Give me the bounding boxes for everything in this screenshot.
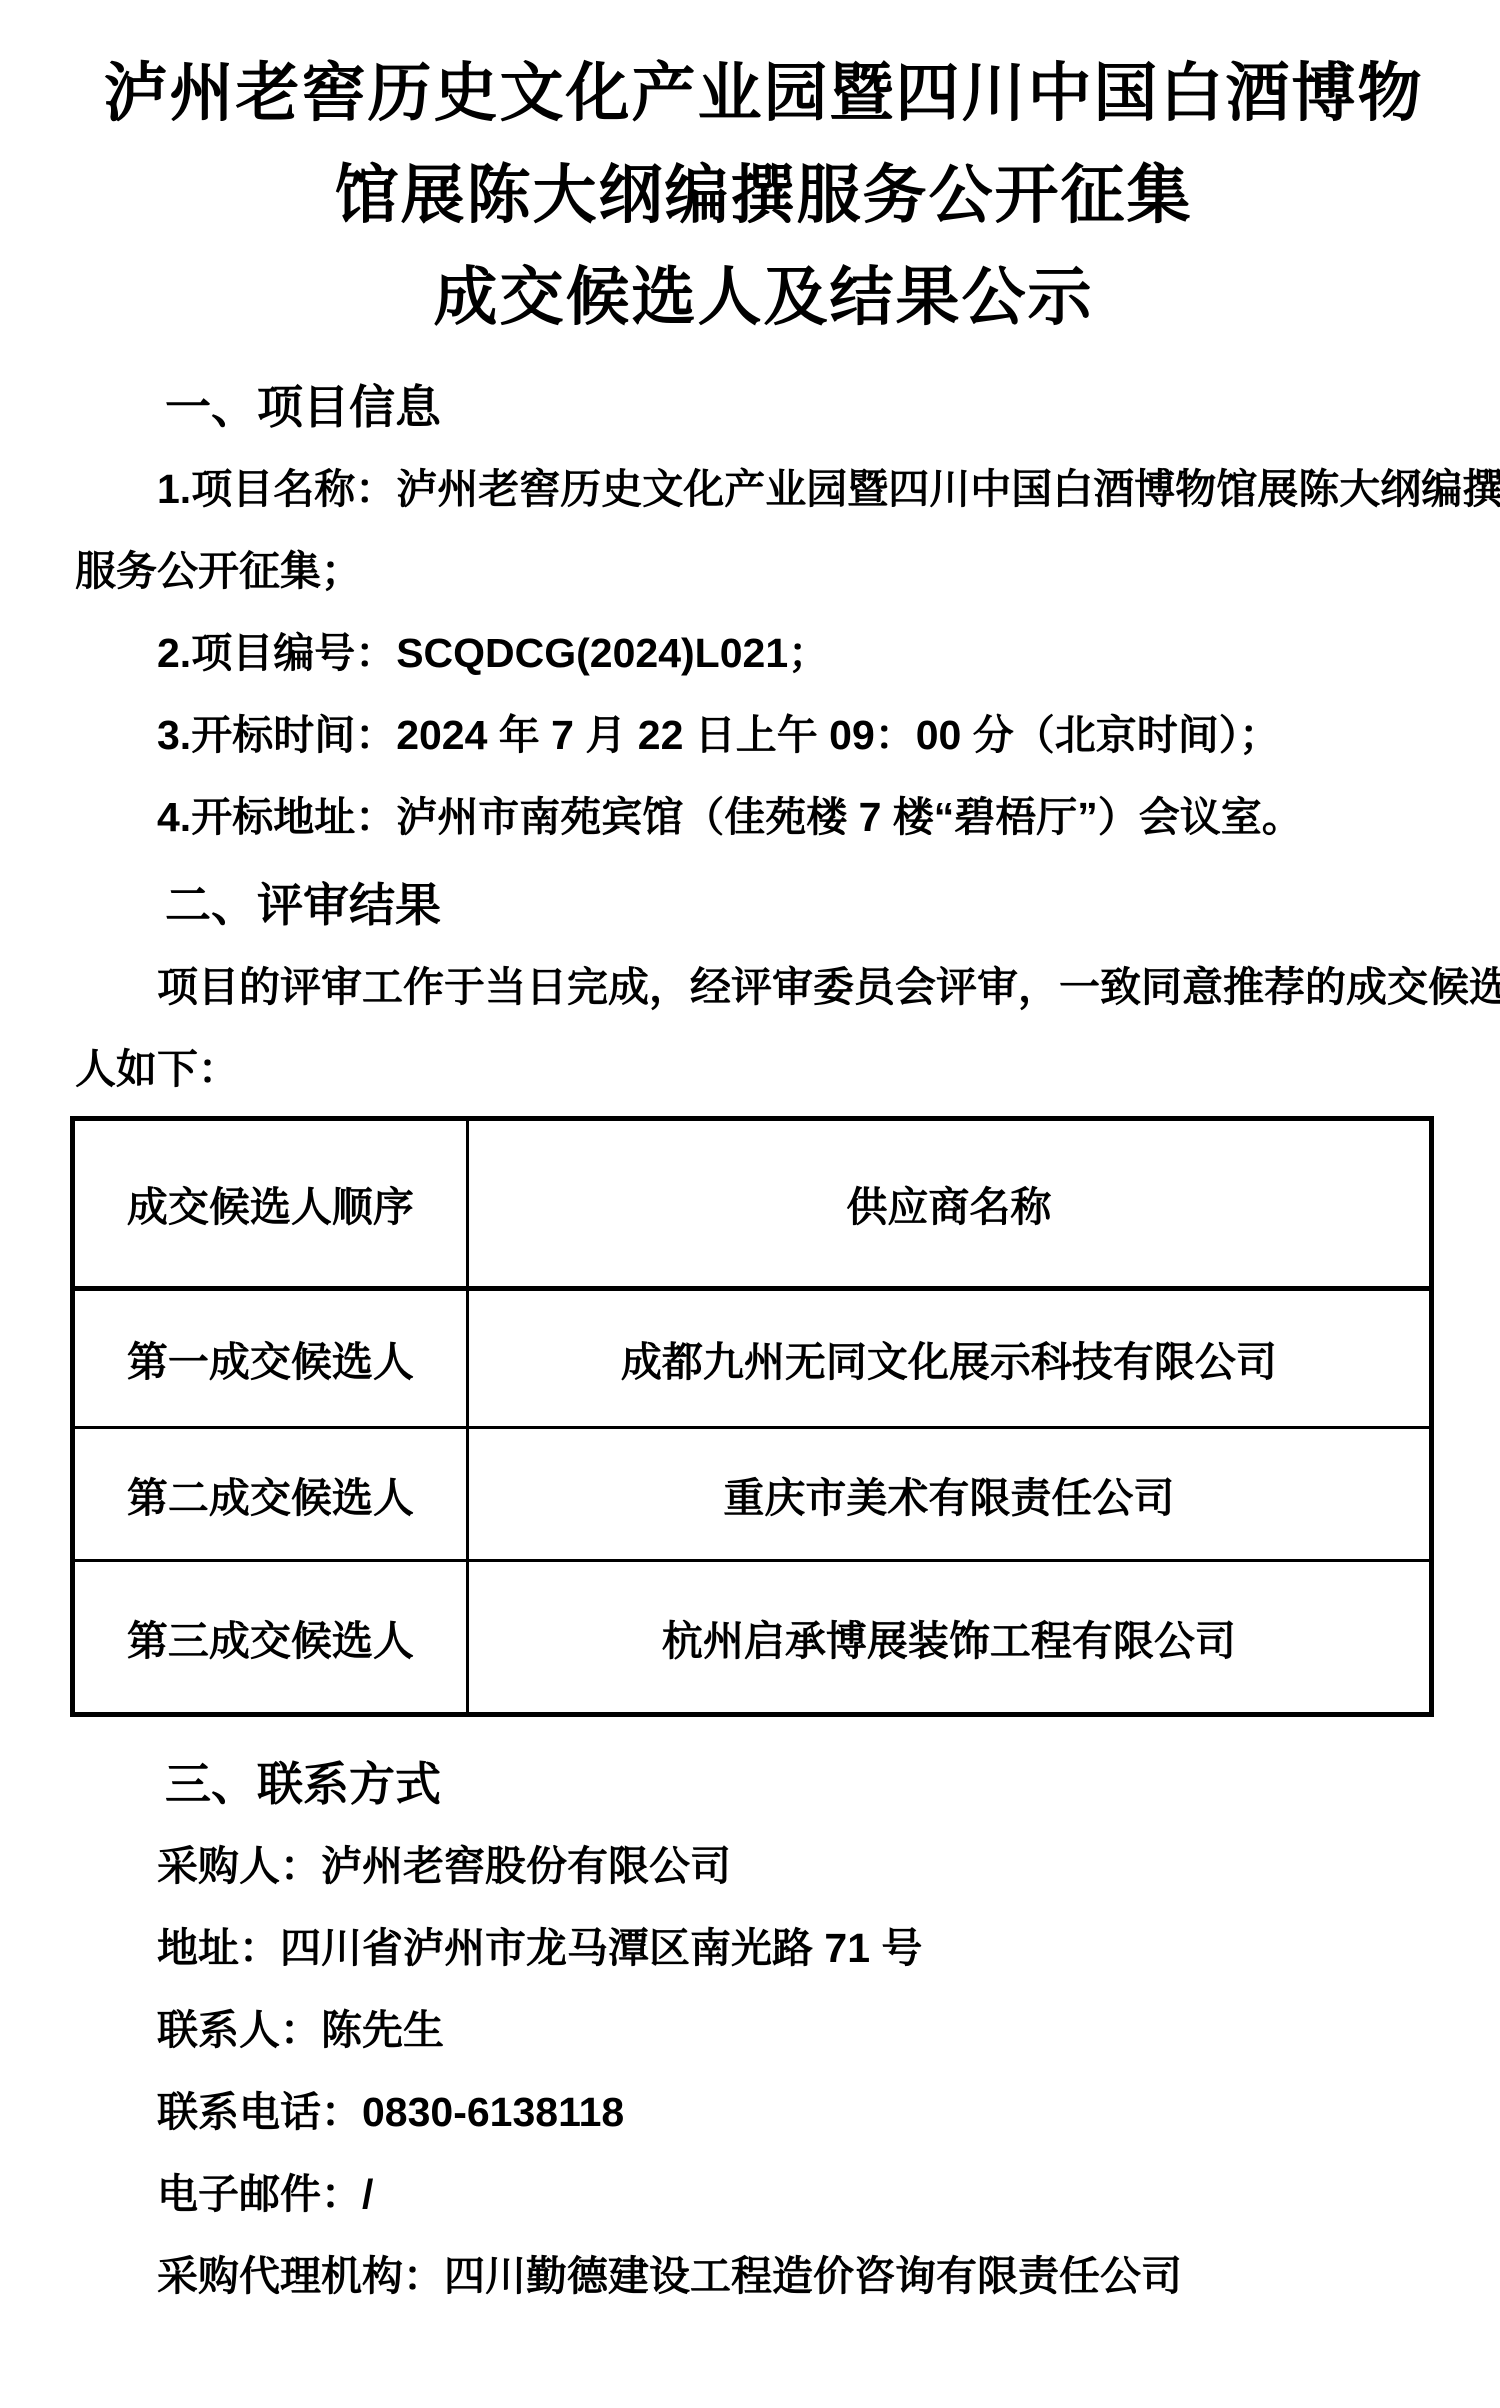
candidate-rank-cell: 第三成交候选人 [73, 1561, 468, 1715]
review-paragraph-line-1: 项目的评审工作于当日完成，经评审委员会评审，一致同意推荐的成交候选 [75, 946, 1452, 1028]
document-title: 泸州老窖历史文化产业园暨四川中国白酒博物 馆展陈大纲编撰服务公开征集 成交候选人… [75, 42, 1452, 348]
candidates-table-header-row: 成交候选人顺序 供应商名称 [73, 1119, 1432, 1289]
section-3-heading: 三、联系方式 [75, 1743, 1452, 1825]
table-header-candidate-order: 成交候选人顺序 [73, 1119, 468, 1289]
project-name-line-2: 服务公开征集； [75, 530, 1452, 612]
announcement-page: 泸州老窖历史文化产业园暨四川中国白酒博物 馆展陈大纲编撰服务公开征集 成交候选人… [0, 0, 1500, 2408]
review-paragraph-line-2: 人如下： [75, 1028, 1452, 1110]
contact-phone-line: 联系电话：0830-6138118 [75, 2071, 1452, 2153]
bid-opening-address-line: 4.开标地址：泸州市南苑宾馆（佳苑楼 7 楼“碧梧厅”）会议室。 [75, 776, 1452, 858]
purchaser-line: 采购人：泸州老窖股份有限公司 [75, 1825, 1452, 1907]
bid-opening-time-line: 3.开标时间：2024 年 7 月 22 日上午 09：00 分（北京时间）； [75, 694, 1452, 776]
document-title-line-2: 馆展陈大纲编撰服务公开征集 [75, 144, 1452, 246]
email-line: 电子邮件：/ [75, 2153, 1452, 2235]
candidate-rank-cell: 第二成交候选人 [73, 1428, 468, 1561]
document-title-line-1: 泸州老窖历史文化产业园暨四川中国白酒博物 [75, 42, 1452, 144]
table-header-supplier-name: 供应商名称 [467, 1119, 1431, 1289]
candidate-row-2: 第二成交候选人 重庆市美术有限责任公司 [73, 1428, 1432, 1561]
procurement-agency-line: 采购代理机构：四川勤德建设工程造价咨询有限责任公司 [75, 2235, 1452, 2317]
document-title-line-3: 成交候选人及结果公示 [75, 246, 1452, 348]
section-2-heading: 二、评审结果 [75, 864, 1452, 946]
candidate-row-3: 第三成交候选人 杭州启承博展装饰工程有限公司 [73, 1561, 1432, 1715]
project-name-line-1: 1.项目名称：泸州老窖历史文化产业园暨四川中国白酒博物馆展陈大纲编撰 [75, 448, 1452, 530]
candidates-table: 成交候选人顺序 供应商名称 第一成交候选人 成都九州无同文化展示科技有限公司 第… [70, 1116, 1434, 1717]
supplier-name-cell: 重庆市美术有限责任公司 [467, 1428, 1431, 1561]
contact-person-line: 联系人：陈先生 [75, 1989, 1452, 2071]
section-1-heading: 一、项目信息 [75, 366, 1452, 448]
supplier-name-cell: 成都九州无同文化展示科技有限公司 [467, 1289, 1431, 1428]
candidate-row-1: 第一成交候选人 成都九州无同文化展示科技有限公司 [73, 1289, 1432, 1428]
project-number-line: 2.项目编号：SCQDCG(2024)L021； [75, 612, 1452, 694]
candidate-rank-cell: 第一成交候选人 [73, 1289, 468, 1428]
purchaser-address-line: 地址：四川省泸州市龙马潭区南光路 71 号 [75, 1907, 1452, 1989]
supplier-name-cell: 杭州启承博展装饰工程有限公司 [467, 1561, 1431, 1715]
